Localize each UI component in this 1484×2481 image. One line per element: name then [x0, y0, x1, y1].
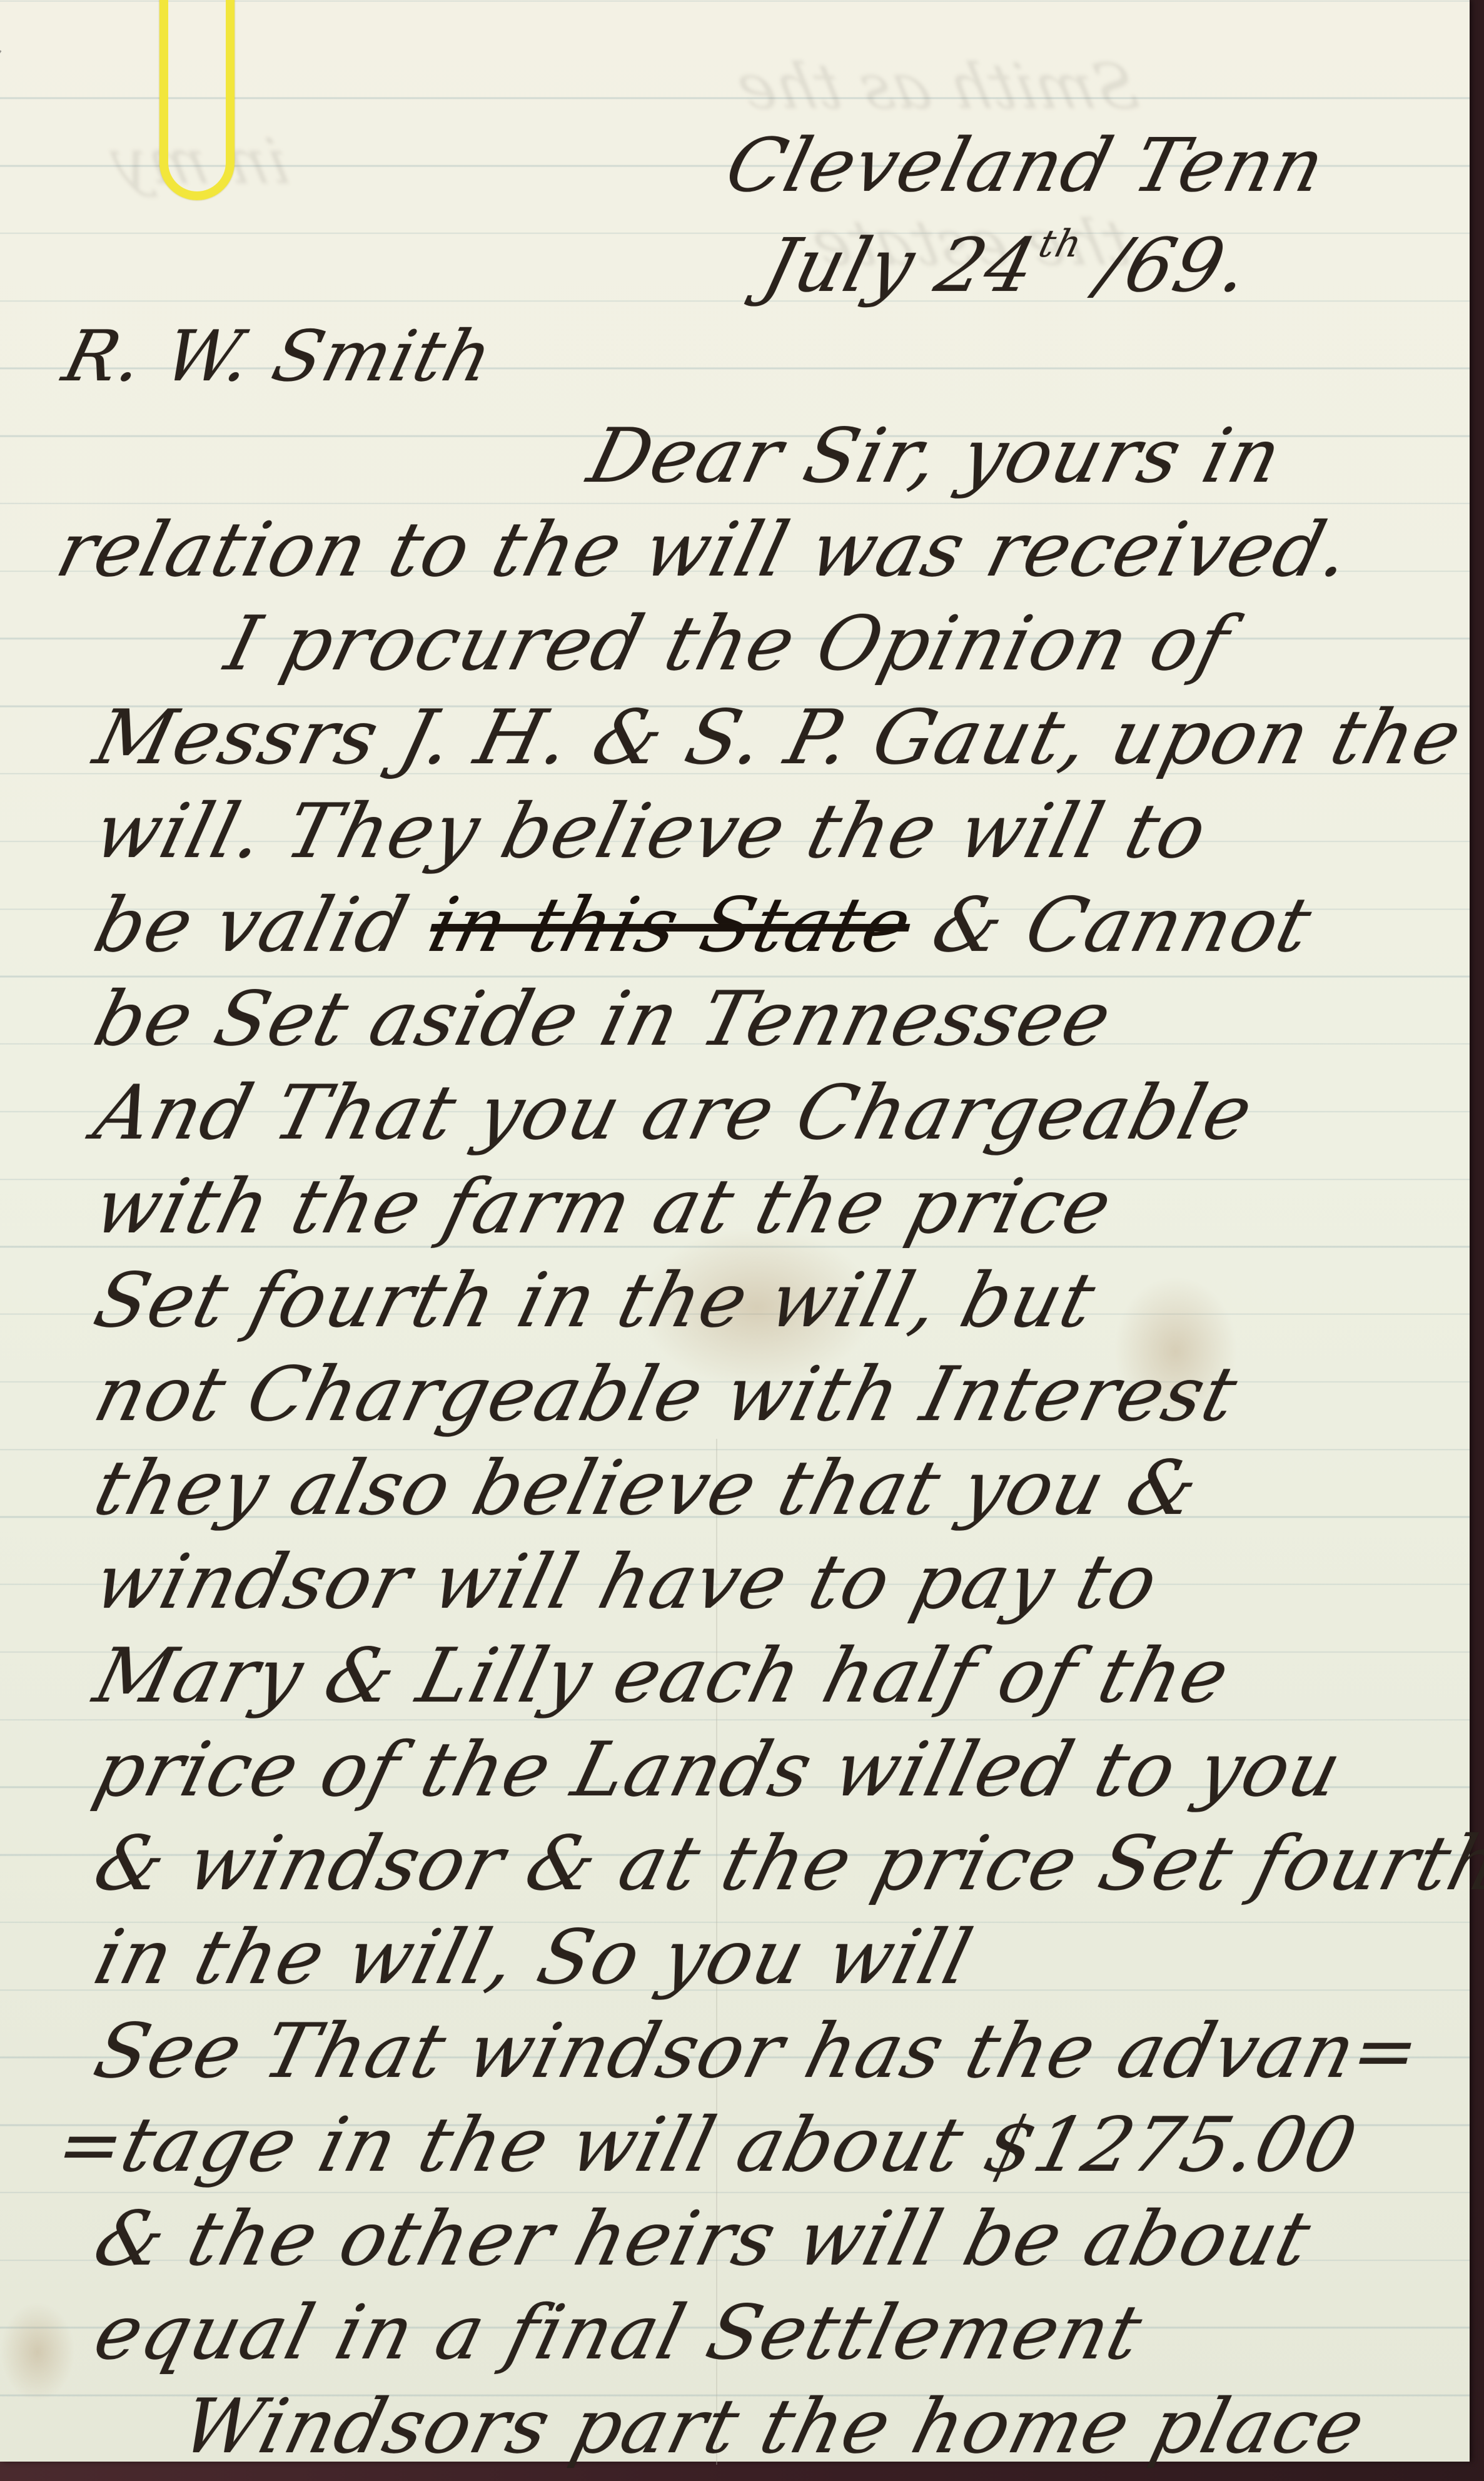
letter-line: equal in a final Settlement	[86, 2290, 1151, 2377]
line-text: relation to the will was received.	[49, 507, 1360, 594]
letter-line: in the will, So you will	[86, 1914, 981, 2001]
letter-date: July 24th /69.	[755, 222, 1259, 308]
letter-line: Mary & Lilly each half of the	[86, 1633, 1238, 1720]
letter-line: Windsors part the home place	[174, 2383, 1374, 2470]
line-text: they also believe that you &	[86, 1445, 1208, 1532]
line-text: not Chargeable with Interest	[86, 1351, 1246, 1438]
letter-line: I procured the Opinion of	[218, 601, 1239, 687]
letter-line: And That you are Chargeable	[86, 1070, 1262, 1157]
bleed-through-text: Smith as the	[730, 50, 1145, 123]
date-year: /69.	[1090, 222, 1259, 308]
paperclip	[159, 0, 235, 200]
letter-line: windsor will have to pay to	[86, 1539, 1167, 1626]
line-text: & Cannot	[899, 882, 1320, 969]
line-text: with the farm at the price	[86, 1164, 1121, 1251]
line-text: Windsors part the home place	[174, 2383, 1374, 2470]
line-text: And That you are Chargeable	[86, 1070, 1262, 1157]
line-text: Set fourth in the will, but	[86, 1257, 1104, 1344]
letter-recipient: R. W. Smith	[56, 316, 502, 397]
line-text: be valid	[86, 882, 443, 969]
letter-line: =tage in the will about $1275.00	[49, 2102, 1366, 2189]
line-text: Messrs J. H. & S. P. Gaut, upon the	[86, 694, 1471, 781]
foxing-stain	[0, 2302, 75, 2402]
letter-line: they also believe that you &	[86, 1445, 1208, 1532]
line-text: See That windsor has the advan=	[86, 2008, 1430, 2095]
letter-line: with the farm at the price	[86, 1164, 1121, 1251]
letter-line: Set fourth in the will, but	[86, 1257, 1104, 1344]
letter-line: Dear Sir, yours in	[580, 413, 1291, 500]
letter-line: & the other heirs will be about	[86, 2196, 1320, 2283]
letter-line: be valid in this State & Cannot	[86, 882, 1321, 969]
line-text: =tage in the will about $1275.00	[49, 2102, 1366, 2189]
letter-line: price of the Lands willed to you	[86, 1727, 1351, 1814]
struck-through-text: in this State	[421, 882, 921, 969]
letter-paper: Smith as the the estate in my Cleveland …	[0, 0, 1470, 2462]
line-text: Mary & Lilly each half of the	[86, 1633, 1238, 1720]
line-text: equal in a final Settlement	[86, 2290, 1151, 2377]
line-text: windsor will have to pay to	[86, 1539, 1167, 1626]
line-text: I procured the Opinion of	[218, 601, 1239, 687]
line-text: in the will, So you will	[86, 1914, 981, 2001]
letter-place: Cleveland Tenn	[718, 122, 1334, 208]
line-text: will. They believe the will to	[86, 788, 1216, 875]
letter-line: See That windsor has the advan=	[86, 2008, 1430, 2095]
letter-line: not Chargeable with Interest	[86, 1351, 1246, 1438]
date-day: July 24	[755, 222, 1046, 308]
letter-line: relation to the will was received.	[49, 507, 1360, 594]
line-text: & the other heirs will be about	[86, 2196, 1320, 2283]
line-text: & windsor & at the price Set fourth	[86, 1820, 1484, 1907]
letter-line: will. They believe the will to	[86, 788, 1216, 875]
line-text: be Set aside in Tennessee	[86, 976, 1121, 1063]
letter-line: be Set aside in Tennessee	[86, 976, 1121, 1063]
letter-line: Messrs J. H. & S. P. Gaut, upon the	[86, 694, 1471, 781]
line-text: Dear Sir, yours in	[580, 413, 1291, 500]
line-text: price of the Lands willed to you	[86, 1727, 1351, 1814]
letter-line: & windsor & at the price Set fourth	[86, 1820, 1484, 1907]
